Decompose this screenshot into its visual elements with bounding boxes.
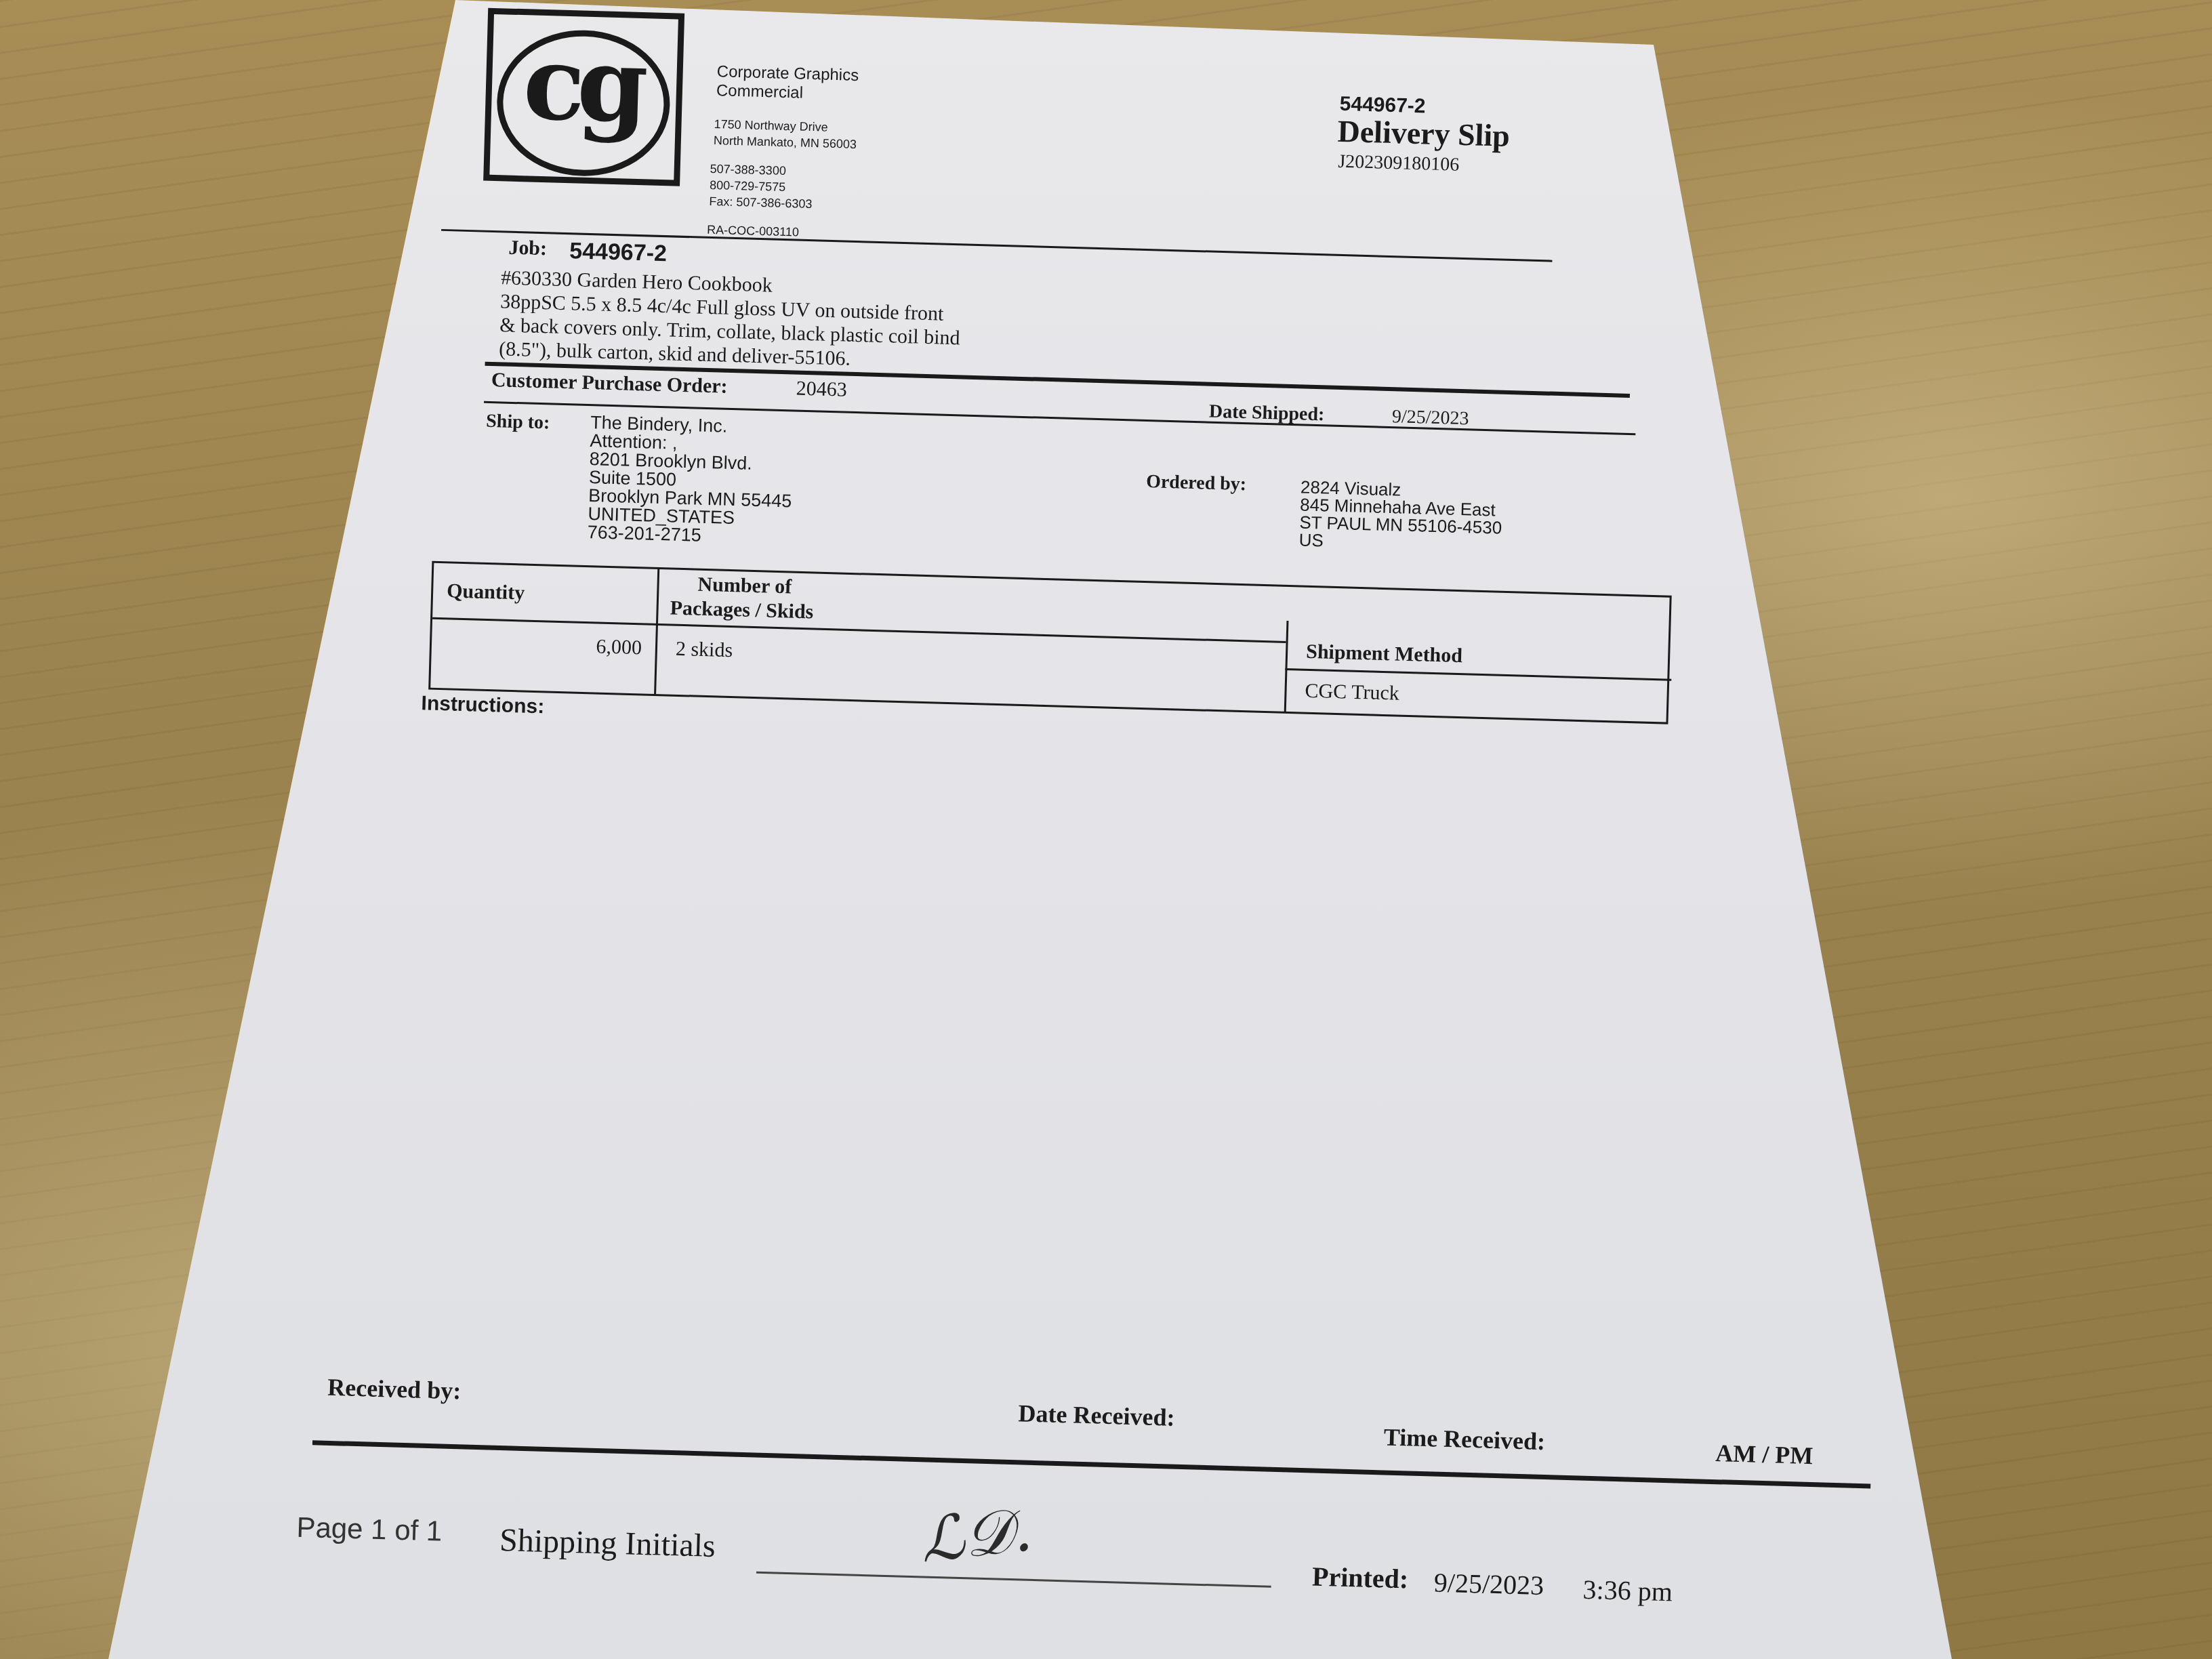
date-received-label: Date Received:	[1018, 1399, 1175, 1431]
cell-quantity: 6,000	[560, 634, 642, 659]
shipment-table: Quantity Number of Packages / Skids Ship…	[428, 561, 1672, 724]
document-id: J202309180106	[1338, 151, 1460, 176]
table-divider	[1284, 621, 1289, 712]
printed-date: 9/25/2023	[1433, 1567, 1544, 1602]
table-header-rule	[1285, 668, 1671, 681]
shipping-initials-label: Shipping Initials	[499, 1521, 716, 1565]
ship-to-label: Ship to:	[486, 411, 550, 434]
printed-label: Printed:	[1311, 1561, 1408, 1595]
header-shipment-method: Shipment Method	[1306, 640, 1463, 668]
company-phone1: 507-388-3300	[710, 161, 786, 179]
header-packages-line1: Number of	[697, 573, 792, 599]
delivery-slip-sheet: cg Corporate Graphics Commercial 1750 No…	[403, 14, 1721, 1628]
shipping-initials-line	[756, 1572, 1271, 1588]
company-address-line2: North Mankato, MN 56003	[714, 132, 857, 152]
divider-receipt	[312, 1440, 1870, 1488]
received-by-label: Received by:	[327, 1373, 462, 1405]
purchase-order-label: Customer Purchase Order:	[491, 369, 728, 398]
company-logo: cg	[483, 8, 684, 186]
table-divider	[654, 569, 659, 694]
header-quantity: Quantity	[447, 579, 525, 605]
shipping-initials-signature: ℒ𝒟.	[916, 1494, 1036, 1578]
header-packages-line2: Packages / Skids	[670, 597, 814, 624]
ordered-by-line: ST PAUL MN 55106-4530	[1299, 513, 1502, 536]
job-label: Job:	[508, 237, 548, 261]
purchase-order-value: 20463	[796, 377, 847, 402]
ship-to-address: The Bindery, Inc. Attention: , 8201 Broo…	[587, 413, 794, 547]
company-phone2: 800-729-7575	[710, 177, 786, 195]
page-title: Delivery Slip	[1337, 113, 1511, 154]
ordered-by-label: Ordered by:	[1146, 471, 1247, 495]
cell-shipment-method: CGC Truck	[1305, 680, 1399, 705]
job-description: #630330 Garden Hero Cookbook 38ppSC 5.5 …	[499, 266, 962, 373]
printed-time: 3:36 pm	[1582, 1574, 1673, 1608]
instructions-label: Instructions:	[421, 692, 545, 718]
page-indicator: Page 1 of 1	[296, 1511, 443, 1548]
am-pm-label: AM / PM	[1715, 1439, 1814, 1470]
cell-packages: 2 skids	[675, 638, 733, 662]
logo-monogram: cg	[506, 42, 657, 127]
ordered-by-address: 2824 Visualz 845 Minnehaha Ave East ST P…	[1298, 478, 1502, 554]
job-number: 544967-2	[569, 238, 668, 267]
time-received-label: Time Received:	[1383, 1422, 1545, 1456]
company-fax: Fax: 507-386-6303	[709, 193, 813, 212]
company-name-line2: Commercial	[716, 82, 804, 102]
